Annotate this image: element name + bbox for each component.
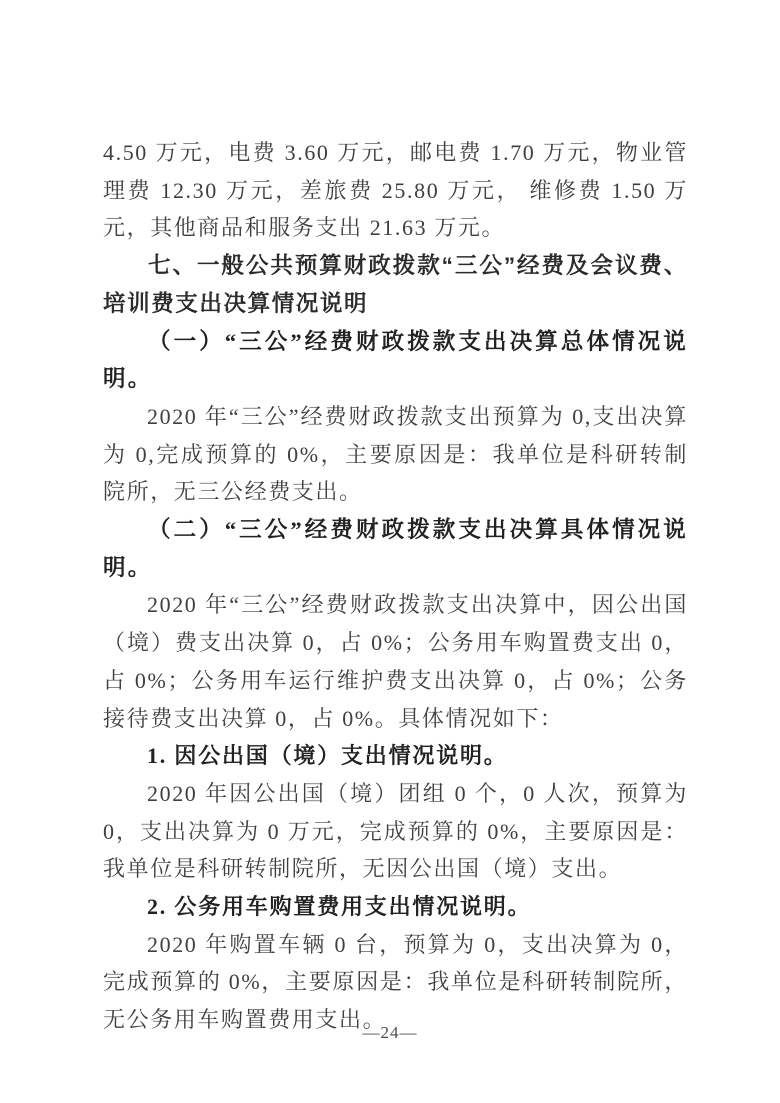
heading-sub-one-overall-situation: （一）“三公”经费财政拨款支出决算总体情况说明。 (103, 323, 688, 398)
paragraph-specific-breakdown: 2020 年“三公”经费财政拨款支出决算中，因公出国（境）费支出决算 0，占 0… (103, 586, 688, 737)
paragraph-overseas-travel-explanation: 2020 年因公出国（境）团组 0 个，0 人次，预算为 0，支出决算为 0 万… (103, 775, 688, 888)
document-body: 4.50 万元，电费 3.60 万元，邮电费 1.70 万元，物业管理费 12.… (103, 134, 688, 1039)
paragraph-overall-budget-explanation: 2020 年“三公”经费财政拨款支出预算为 0,支出决算为 0,完成预算的 0%… (103, 398, 688, 511)
page-number: —24— (363, 1023, 418, 1042)
heading-item-2-vehicle-purchase: 2. 公务用车购置费用支出情况说明。 (103, 888, 688, 926)
heading-sub-two-specific-situation: （二）“三公”经费财政拨款支出决算具体情况说明。 (103, 511, 688, 586)
paragraph-vehicle-purchase-explanation: 2020 年购置车辆 0 台，预算为 0，支出决算为 0，完成预算的 0%，主要… (103, 926, 688, 1039)
heading-item-1-overseas-travel: 1. 因公出国（境）支出情况说明。 (103, 737, 688, 775)
page-footer: —24— (0, 1023, 780, 1043)
paragraph-expense-breakdown-continuation: 4.50 万元，电费 3.60 万元，邮电费 1.70 万元，物业管理费 12.… (103, 134, 688, 247)
document-page: 4.50 万元，电费 3.60 万元，邮电费 1.70 万元，物业管理费 12.… (0, 0, 780, 1103)
heading-section-seven-three-public-funds: 七、一般公共预算财政拨款“三公”经费及会议费、培训费支出决算情况说明 (103, 247, 688, 322)
